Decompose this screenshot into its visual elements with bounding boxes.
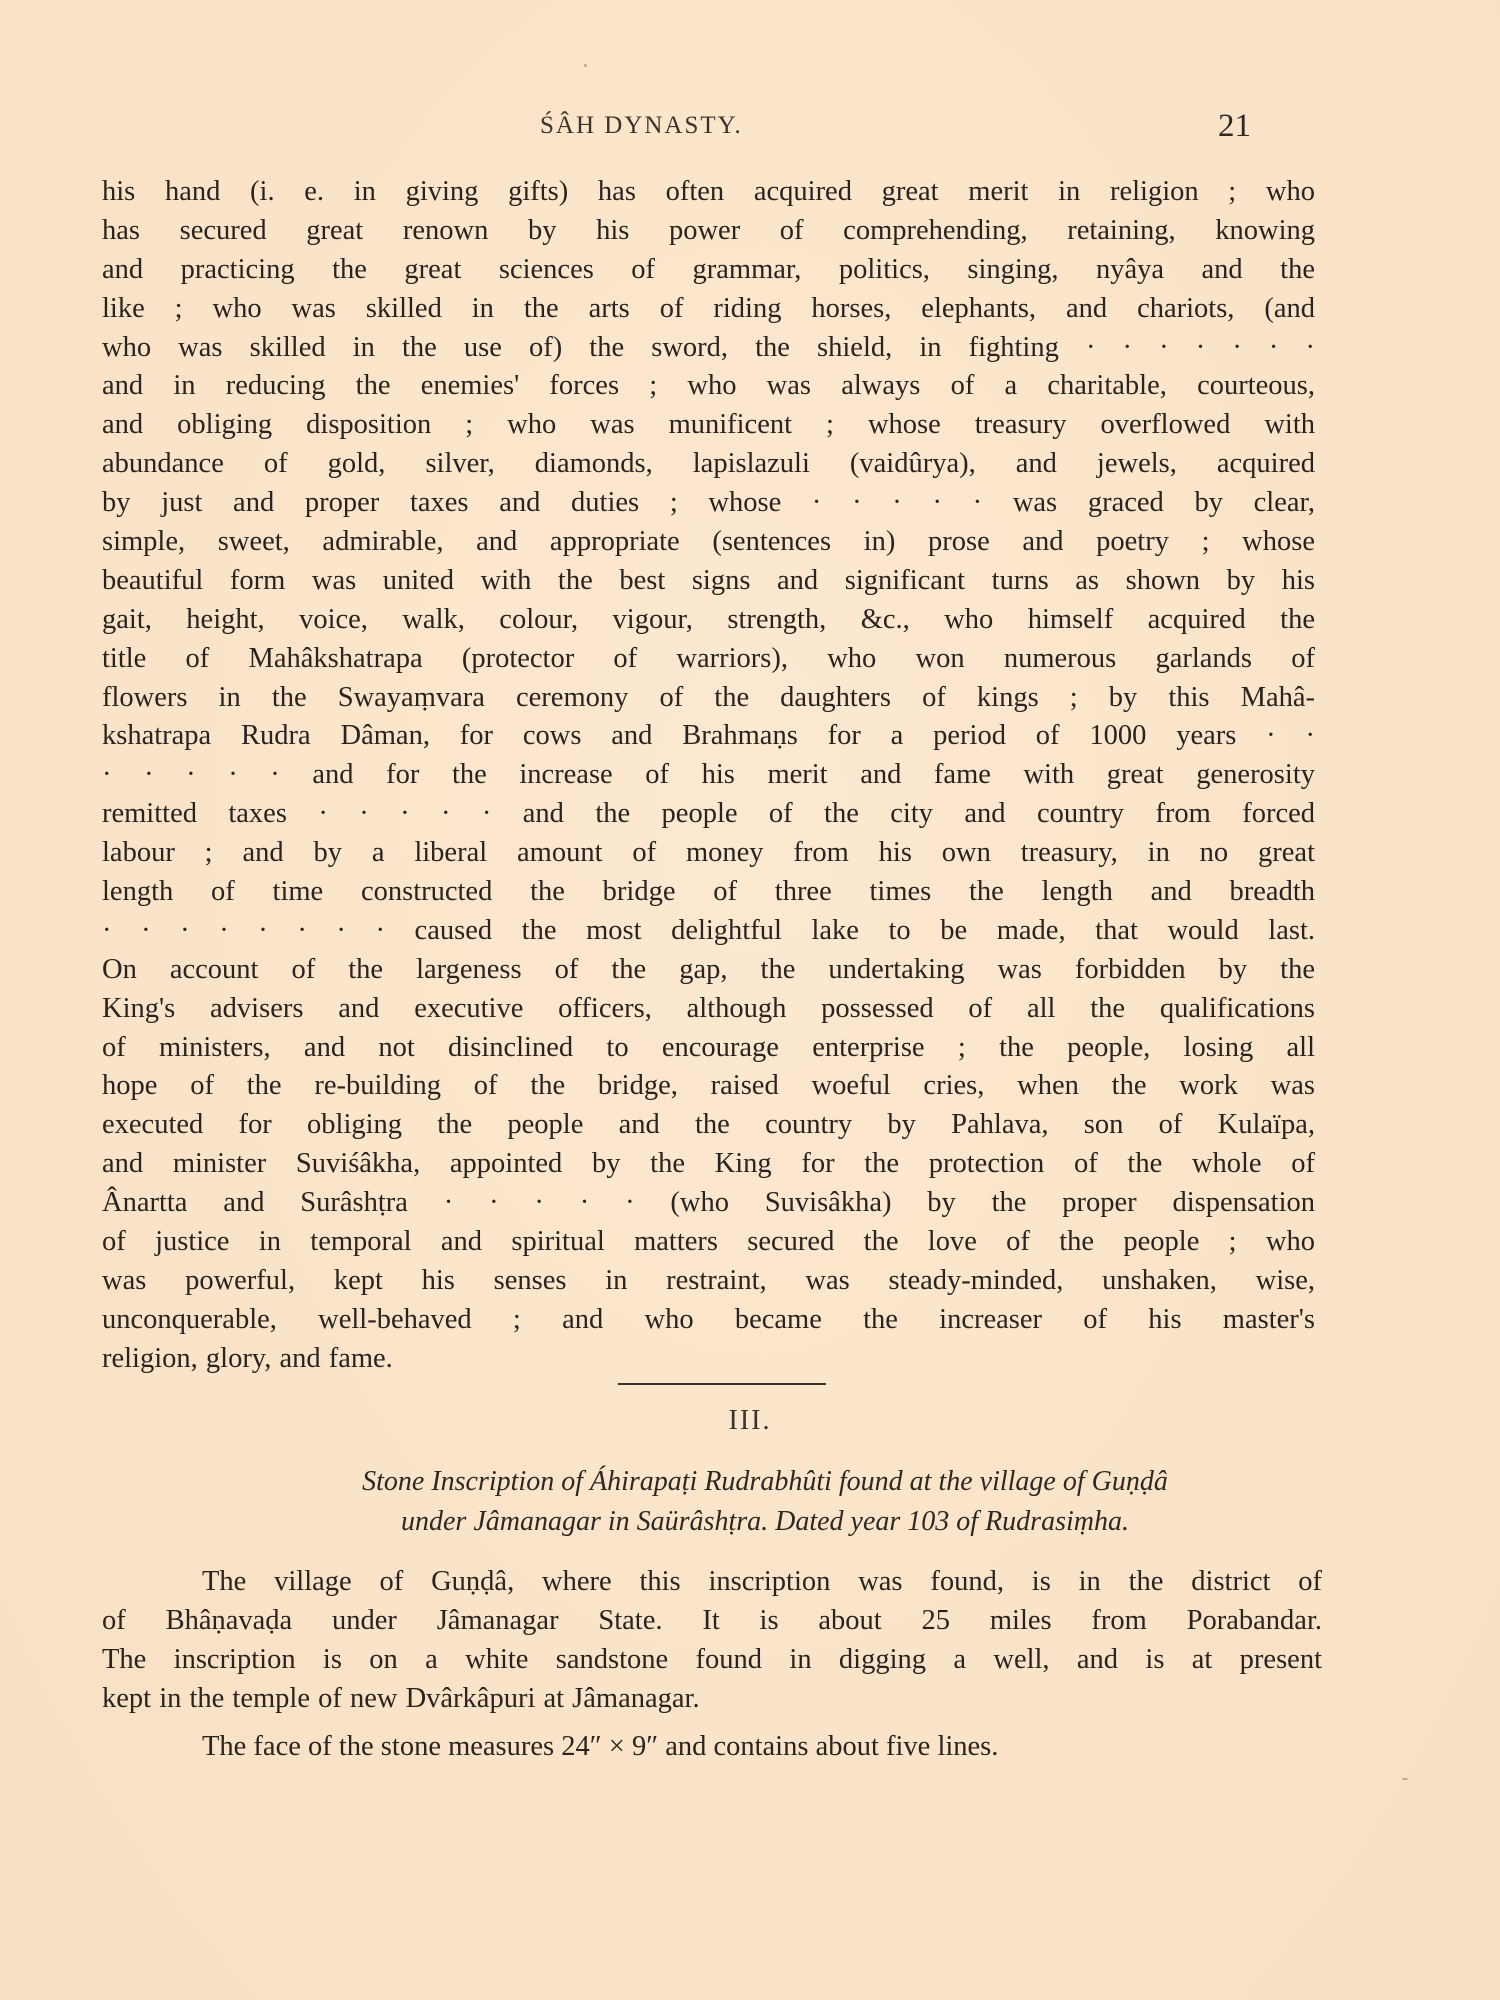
text-line: remitted taxes · · · · · and the people … — [102, 795, 1315, 834]
running-head: ŚÂH DYNASTY. — [540, 112, 743, 140]
paper-speck — [1402, 1778, 1408, 1780]
text-line: The inscription is on a white sandstone … — [102, 1640, 1322, 1679]
text-line: · · · · · and for the increase of his me… — [102, 756, 1315, 795]
text-line: and in reducing the enemies' forces ; wh… — [102, 367, 1315, 406]
text-line: flowers in the Swayaṃvara ceremony of th… — [102, 679, 1315, 718]
paper-speck — [584, 64, 587, 67]
paragraph-location: The village of Guṇḍâ, where this inscrip… — [130, 1562, 1322, 1718]
text-line: executed for obliging the people and the… — [102, 1106, 1315, 1145]
text-line: length of time constructed the bridge of… — [102, 873, 1315, 912]
paragraph-stone-measurements: The face of the stone measures 24″ × 9″ … — [202, 1727, 998, 1766]
paragraph-inscription-translation: his hand (i. e. in giving gifts) has oft… — [102, 173, 1315, 1379]
text-line: and practicing the great sciences of gra… — [102, 251, 1315, 290]
text-line: of Bhâṇavaḍa under Jâmanagar State. It i… — [102, 1601, 1322, 1640]
text-line: like ; who was skilled in the arts of ri… — [102, 290, 1315, 329]
section-title: Stone Inscription of Áhirapaṭi Rudrabhût… — [0, 1462, 1500, 1542]
text-line: by just and proper taxes and duties ; wh… — [102, 484, 1315, 523]
text-line: of ministers, and not disinclined to enc… — [102, 1029, 1315, 1068]
text-line: unconquerable, well-behaved ; and who be… — [102, 1301, 1315, 1340]
section-number: III. — [0, 1405, 1500, 1437]
text-line: The village of Guṇḍâ, where this inscrip… — [130, 1562, 1322, 1601]
text-line: has secured great renown by his power of… — [102, 212, 1315, 251]
text-line: On account of the largeness of the gap, … — [102, 951, 1315, 990]
page-number: 21 — [1218, 108, 1251, 145]
book-page: ŚÂH DYNASTY. 21 his hand (i. e. in givin… — [0, 0, 1500, 2000]
text-line: who was skilled in the use of) the sword… — [102, 329, 1315, 368]
text-line: hope of the re-building of the bridge, r… — [102, 1067, 1315, 1106]
text-line: and minister Suviśâkha, appointed by the… — [102, 1145, 1315, 1184]
section-title-line: under Jâmanagar in Saürâshṭra. Dated yea… — [0, 1502, 1500, 1542]
text-line: beautiful form was united with the best … — [102, 562, 1315, 601]
text-line: his hand (i. e. in giving gifts) has oft… — [102, 173, 1315, 212]
section-title-line: Stone Inscription of Áhirapaṭi Rudrabhût… — [0, 1462, 1500, 1502]
text-line: was powerful, kept his senses in restrai… — [102, 1262, 1315, 1301]
text-line: · · · · · · · · caused the most delightf… — [102, 912, 1315, 951]
text-line: kept in the temple of new Dvârkâpuri at … — [102, 1679, 1322, 1718]
text-line: simple, sweet, admirable, and appropriat… — [102, 523, 1315, 562]
text-line: King's advisers and executive officers, … — [102, 990, 1315, 1029]
section-divider-rule — [618, 1383, 826, 1385]
text-line: labour ; and by a liberal amount of mone… — [102, 834, 1315, 873]
text-line: title of Mahâkshatrapa (protector of war… — [102, 640, 1315, 679]
text-line: of justice in temporal and spiritual mat… — [102, 1223, 1315, 1262]
text-line: religion, glory, and fame. — [102, 1340, 1315, 1379]
text-line: abundance of gold, silver, diamonds, lap… — [102, 445, 1315, 484]
text-line: gait, height, voice, walk, colour, vigou… — [102, 601, 1315, 640]
text-line: Ânartta and Surâshṭra · · · · · (who Suv… — [102, 1184, 1315, 1223]
text-line: and obliging disposition ; who was munif… — [102, 406, 1315, 445]
text-line: kshatrapa Rudra Dâman, for cows and Brah… — [102, 717, 1315, 756]
